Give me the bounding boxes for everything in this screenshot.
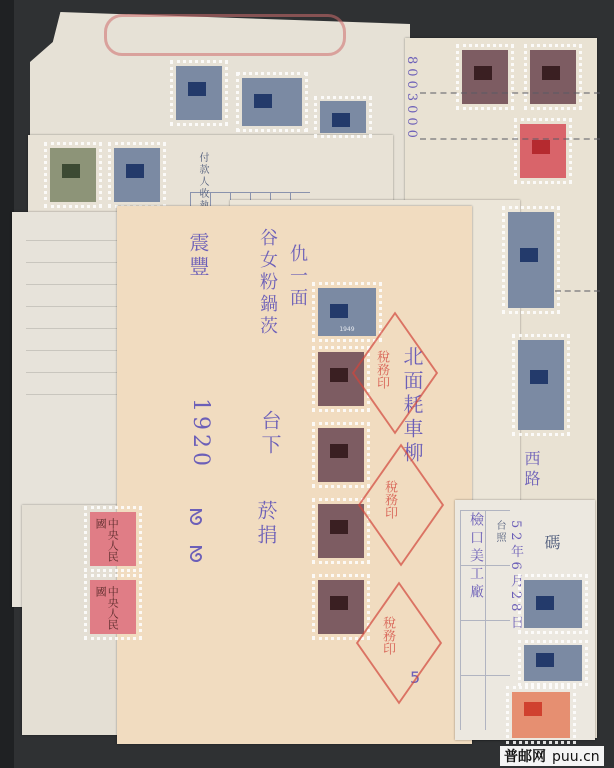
flag-icon: [520, 248, 538, 262]
flag-icon: [530, 370, 548, 384]
stamp-purple-top-1: [456, 44, 514, 110]
flag-icon: [126, 164, 144, 178]
flag-icon: [542, 66, 560, 80]
left-ledger-lines: [26, 240, 126, 400]
stamp-orange-form: [506, 686, 576, 744]
stamp-blue-form-2: [518, 640, 588, 686]
handwritten-right-text: 西路: [520, 450, 543, 490]
invoice-labels: 台照: [492, 520, 507, 544]
stamp-blue-mid: [108, 142, 166, 208]
flag-icon: [254, 94, 272, 108]
handwritten-factory: 檢口美工廠: [466, 512, 486, 602]
flag-icon: [330, 596, 348, 610]
stamp-red-top: [514, 118, 572, 184]
handwritten-name: 震豐: [184, 232, 213, 280]
tax-chop-text: 稅務印: [372, 350, 391, 389]
flag-icon: [524, 702, 542, 716]
stamp-purple-4: [312, 574, 370, 640]
handwritten-number: 1920: [188, 398, 213, 470]
payer-receipt-heading: 付款人收執: [195, 152, 210, 212]
stamp-blue-1: [170, 60, 228, 126]
handwritten-qty: 仇一面: [284, 244, 310, 310]
stamp-pink-overprint-2: 中央人民國: [84, 574, 142, 640]
handwritten-lower-a: 台下: [256, 410, 285, 458]
flag-icon: [188, 82, 206, 96]
stamp-purple-2: [312, 422, 370, 488]
flag-icon: [62, 164, 80, 178]
handwritten-goods: 谷女粉鍋茨: [254, 228, 280, 338]
wavy-cancel-line: [420, 92, 600, 94]
flag-icon: [474, 66, 492, 80]
flag-icon: [330, 444, 348, 458]
wavy-cancel-line: [555, 290, 600, 292]
stamp-blue-1949: 1949: [312, 282, 382, 342]
red-oval-seal: [104, 14, 346, 56]
tax-chop-text: 稅務印: [378, 616, 397, 655]
flag-icon: [536, 596, 554, 610]
wavy-cancel-line: [420, 138, 600, 140]
flag-icon: [536, 653, 554, 667]
flag-icon: [330, 304, 348, 318]
handwritten-lower-b: 菸捐: [252, 500, 281, 548]
tax-chop-text: 稅務印: [380, 480, 399, 519]
site-watermark: 普邮网puu.cn: [500, 746, 604, 766]
stamp-blue-right-1: [502, 206, 560, 314]
stamp-blue-right-2: [512, 334, 570, 436]
flag-icon: [330, 520, 348, 534]
stamp-blue-2: [236, 72, 308, 132]
flag-icon: [330, 368, 348, 382]
stamp-pink-overprint-1: 中央人民國: [84, 506, 142, 572]
flag-icon: [532, 140, 550, 154]
stamp-olive: [44, 142, 102, 208]
stamp-purple-top-2: [524, 44, 582, 110]
stamp-blue-3: [314, 96, 372, 138]
flag-icon: [332, 113, 350, 127]
handwritten-numbers: 8003000: [404, 56, 419, 142]
stamp-blue-form-1: [518, 574, 588, 634]
invoice-seal-char: 碼: [540, 534, 563, 552]
handwritten-marks: ᘔ ᘔ: [184, 508, 209, 571]
